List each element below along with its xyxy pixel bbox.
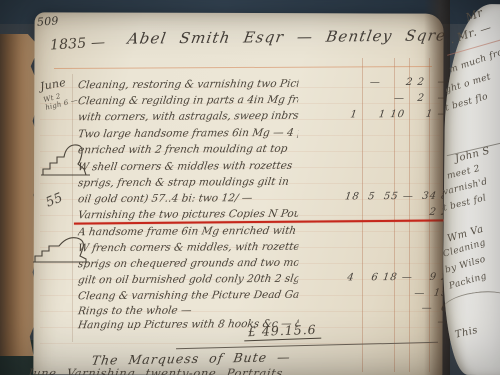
ledger-entry: W french corners & middles, with rozette… (77, 240, 449, 258)
year-label: 1835 — (50, 35, 106, 54)
ledger-entry: A handsome frame 6in Mg enriched with 3 … (77, 224, 449, 242)
ledger-entry: W shell corners & middles with rozettes (77, 159, 449, 177)
total-amount: £ 49.15.6 (244, 322, 321, 342)
ledger-entry: with corners, with astragals, sweep inbr… (77, 109, 449, 127)
ledger-photo: 509 1835 — Abel Smith Esqr — Bentley Sqr… (0, 0, 500, 375)
entry-text: Cleaning & regilding in parts a 4in Mg f… (77, 94, 299, 111)
entry-text: Cleaning, restoring & varnishing two Pic… (77, 78, 299, 95)
ledger-entry: Two large handsome frames 6in Mg — 4 pry… (77, 126, 449, 144)
page-number: 509 (37, 14, 59, 28)
ledger-entry: Cleaning, restoring & varnishing two Pic… (77, 77, 449, 95)
entry-text: gilt on oil burnished gold conly 20th 2 … (77, 273, 299, 290)
entry-text: Cleang & varnishing the Picture Dead Gam… (77, 289, 299, 306)
ledger-entry: enriched with 2 french moulding at top (77, 142, 449, 160)
ledger-entry: sprigs on chequered grounds and two moul… (77, 256, 449, 274)
entry-text: W french corners & middles, with rozette… (77, 241, 299, 258)
entry-text: W shell corners & middles with rozettes (77, 160, 299, 177)
ledger-entry: oil gold cont) 57..4 bi: two 12/ —18 5 5… (77, 191, 449, 209)
entry-text: enriched with 2 french moulding at top (77, 143, 299, 160)
next-entry-partial: June Varnishing twenty-one Portraits (27, 366, 284, 375)
ledger-entry: sprigs, french & strap mouldings gilt in (77, 175, 449, 193)
entry-text: with corners, with astragals, sweep inbr… (77, 110, 299, 127)
entry-text: sprigs, french & strap mouldings gilt in (77, 176, 299, 193)
ledger-entry: Cleaning & regilding in parts a 4in Mg f… (77, 93, 449, 111)
entry-text: oil gold cont) 57..4 bi: two 12/ — (77, 192, 299, 209)
margin-rule-line (72, 74, 73, 342)
entry-text: sprigs on chequered grounds and two moul… (77, 257, 299, 274)
ledger-entry: gilt on oil burnished gold conly 20th 2 … (77, 272, 449, 290)
entry-text: Two large handsome frames 6in Mg — 4 pry… (77, 127, 299, 144)
entry-text: A handsome frame 6in Mg enriched with 3 … (77, 225, 299, 242)
account-heading: Abel Smith Esqr — Bentley Sqre (126, 26, 448, 47)
